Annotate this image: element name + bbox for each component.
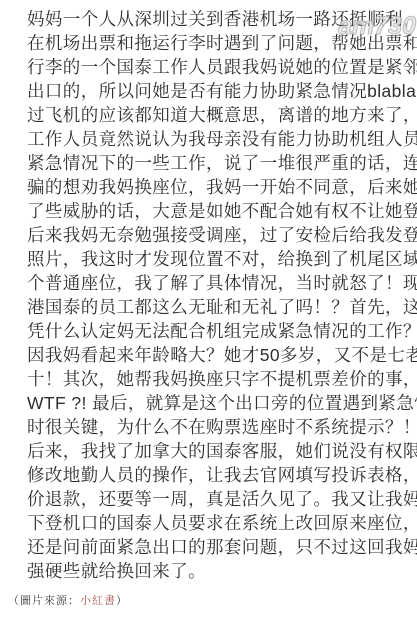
text-line: 后来我妈无奈勉强接受调座，过了安检后给我发登机牌 — [27, 223, 411, 247]
text-line: 工作人员竟然说认为我母亲没有能力协助机组人员完成 — [27, 127, 411, 151]
text-line: 时很关键，为什么不在购票选座时不系统提示？！ — [27, 415, 411, 439]
text-line: 强硬些就给换回来了。 — [27, 559, 411, 583]
text-line: 妈妈一个人从深圳过关到香港机场一路还挺顺利，可是 — [27, 7, 411, 31]
text-line: 过飞机的应该都知道大概意思，离谱的地方来了，那个 — [27, 103, 411, 127]
caption-suffix: ） — [116, 595, 128, 607]
text-line: 还是问前面紧急出口的那套问题，只不过这回我妈态度 — [27, 535, 411, 559]
post-text: 妈妈一个人从深圳过关到香港机场一路还挺顺利，可是 在机场出票和拖运行李时遇到了问… — [27, 7, 411, 583]
caption-source: 小紅書 — [80, 595, 116, 607]
article-screenshot: am730 妈妈一个人从深圳过关到香港机场一路还挺顺利，可是 在机场出票和拖运行… — [0, 0, 417, 620]
text-line: 后来，我找了加拿大的国泰客服，她们说没有权限直接 — [27, 439, 411, 463]
text-line: 价退款，还要等一周，真是活久见了。我又让我妈找了 — [27, 487, 411, 511]
text-line: 凭什么认定妈无法配合机组完成紧急情况的工作？！只 — [27, 319, 411, 343]
text-line: 修改地勤人员的操作，让我去官网填写投诉表格，求差 — [27, 463, 411, 487]
caption-prefix: （圖片來源： — [8, 595, 80, 607]
text-line: 了些威胁的话，大意是如她不配合她有权不让她登机！ — [27, 199, 411, 223]
text-line: 下登机口的国泰人员要求在系统上改回原来座位，当然 — [27, 511, 411, 535]
text-line: 在机场出票和拖运行李时遇到了问题，帮她出票和拖运 — [27, 31, 411, 55]
text-line: 因我妈看起来年龄略大？她才50多岁，又不是七老八 — [27, 343, 411, 367]
image-source-caption: （圖片來源：小紅書） — [8, 592, 128, 608]
text-line: 港国泰的员工都这么无耻和无礼了吗！？首先，这个人 — [27, 295, 411, 319]
text-line: WTF ?! 最后，就算是这个出口旁的位置遇到紧急情况 — [27, 391, 411, 415]
text-line: 照片，我这时才发现位置不对，给换到了机尾区域的一 — [27, 247, 411, 271]
text-line: 行李的一个国泰工作人员跟我妈说她的位置是紧邻紧急 — [27, 55, 411, 79]
text-line: 骗的想劝我妈换座位，我妈一开始不同意，后来她又说 — [27, 175, 411, 199]
text-line: 个普通座位，我了解了具体情况，当时就怒了！现在香 — [27, 271, 411, 295]
text-line: 十！其次，她帮我妈换座只字不提机票差价的事， — [27, 367, 411, 391]
text-line: 紧急情况下的一些工作，说了一堆很严重的话，连吓带 — [27, 151, 411, 175]
text-line: 出口的，所以问她是否有能力协助紧急情况blabla，坐 — [27, 79, 411, 103]
